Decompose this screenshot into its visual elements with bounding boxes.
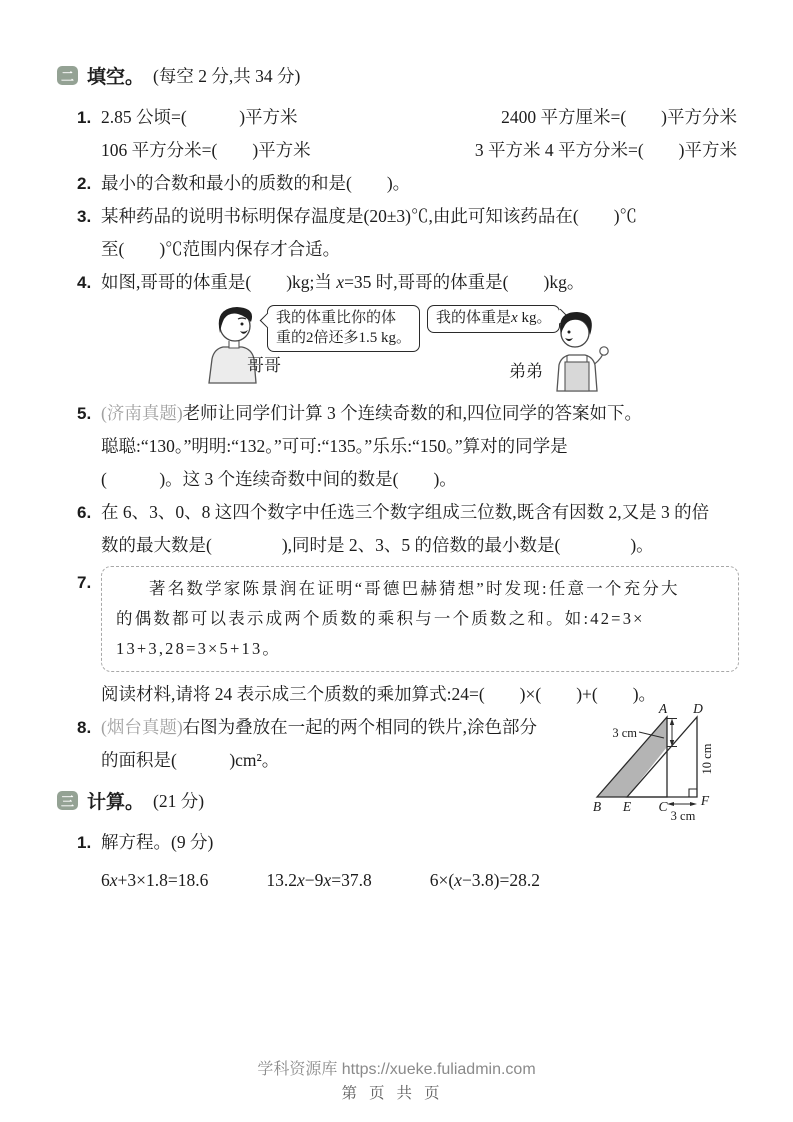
footer-source-link: 学科资源库 https://xueke.fuliadmin.com — [0, 1056, 793, 1079]
question-3-line-1: 某种药品的说明书标明保存温度是(20±3)℃,由此可知该药品在( )℃ — [101, 200, 739, 233]
section-calc-title: 计算。 — [87, 787, 144, 814]
older-brother-speech-bubble: 我的体重比你的体 重的2倍还多1.5 kg。 — [267, 305, 420, 352]
q7-box-line-1: 著名数学家陈景润在证明“哥德巴赫猜想”时发现:任意一个充分大 — [116, 574, 724, 604]
section-fill-header: 二 填空。 (每空 2 分,共 34 分) — [57, 62, 739, 88]
vertex-c-label: C — [658, 799, 668, 814]
question-1-line-1: 2.85 公顷=( )平方米 2400 平方厘米=( )平方分米 — [101, 101, 739, 134]
section-calc-score: (21 分) — [153, 788, 204, 813]
dim-right-label: 10 cm — [700, 743, 714, 774]
section-two-icon: 二 — [57, 66, 78, 85]
question-2: 2. 最小的合数和最小的质数的和是( )。 — [57, 167, 739, 200]
question-5-line-2: 聪聪:“130。”明明:“132。”可可:“135。”乐乐:“150。”算对的同… — [101, 430, 739, 463]
question-5-source-tag: (济南真题) — [101, 403, 183, 423]
equation-3: 6×(x−3.8)=28.2 — [430, 864, 540, 897]
question-4: 4. 如图,哥哥的体重是( )kg;当 x=35 时,哥哥的体重是( )kg。 — [57, 266, 739, 299]
bubble-younger-text: 我的体重是x kg。 — [436, 310, 551, 326]
question-4-number: 4. — [77, 266, 91, 299]
q1-conversion-d: 3 平方米 4 平方分米=( )平方米 — [475, 134, 737, 167]
section-three-icon: 三 — [57, 791, 78, 810]
section-fill-title: 填空。 — [87, 62, 144, 89]
question-2-number: 2. — [77, 167, 91, 200]
calc-subquestion-1: 1. 解方程。(9 分) — [57, 826, 739, 859]
equation-2: 13.2x−9x=37.8 — [266, 864, 371, 897]
question-5-text: 老师让同学们计算 3 个连续奇数的和,四位同学的答案如下。 — [183, 403, 642, 423]
question-4-text: 如图,哥哥的体重是( )kg;当 x=35 时,哥哥的体重是( )kg。 — [101, 266, 739, 299]
younger-brother-speech-bubble: 我的体重是x kg。 — [427, 305, 560, 333]
older-brother-label: 哥哥 — [247, 351, 281, 376]
calc-subquestion-1-number: 1. — [77, 826, 91, 859]
q7-box-line-3: 13+3,28=3×5+13。 — [116, 634, 724, 664]
dim-bottom-label: 3 cm — [671, 809, 696, 823]
question-2-text: 最小的合数和最小的质数的和是( )。 — [101, 167, 739, 200]
question-5: 5. (济南真题)老师让同学们计算 3 个连续奇数的和,四位同学的答案如下。 聪… — [57, 397, 739, 496]
question-6-line-2: 数的最大数是( ),同时是 2、3、5 的倍数的最小数是( )。 — [101, 529, 739, 562]
question-5-number: 5. — [77, 397, 91, 430]
younger-brother-drawing — [545, 305, 611, 393]
vertex-a-label: A — [658, 703, 668, 716]
question-7-material-box: 著名数学家陈景润在证明“哥德巴赫猜想”时发现:任意一个充分大 的偶数都可以表示成… — [101, 566, 739, 672]
vertex-d-label: D — [692, 703, 703, 716]
q1-conversion-a: 2.85 公顷=( )平方米 — [101, 101, 298, 134]
equation-row: 6x+3×1.8=18.6 13.2x−9x=37.8 6×(x−3.8)=28… — [57, 864, 739, 897]
bubble-older-line-2: 重的2倍还多1.5 kg。 — [276, 329, 411, 349]
question-3-line-2: 至( )℃范围内保存才合适。 — [101, 233, 739, 266]
question-4-illustration: 我的体重比你的体 重的2倍还多1.5 kg。 我的体重是x kg。 哥哥 弟弟 — [57, 301, 739, 391]
question-8-number: 8. — [77, 711, 91, 744]
vertex-b-label: B — [593, 799, 601, 814]
worksheet-content: 二 填空。 (每空 2 分,共 34 分) 1. 2.85 公顷=( )平方米 … — [57, 62, 739, 897]
question-8-source-tag: (烟台真题) — [101, 717, 183, 737]
question-1-line-2: 106 平方分米=( )平方米 3 平方米 4 平方分米=( )平方米 — [101, 134, 739, 167]
question-6-line-1: 在 6、3、0、8 这四个数字中任选三个数字组成三位数,既含有因数 2,又是 3… — [101, 496, 739, 529]
question-5-line-1: (济南真题)老师让同学们计算 3 个连续奇数的和,四位同学的答案如下。 — [101, 397, 739, 430]
question-5-line-3: ( )。这 3 个连续奇数中间的数是( )。 — [101, 463, 739, 496]
question-8-text: 右图为叠放在一起的两个相同的铁片,涂色部分 — [183, 717, 537, 737]
footer-page-info: 第页共页 — [0, 1081, 793, 1103]
q7-box-line-2: 的偶数都可以表示成两个质数的乘积与一个质数之和。如:42=3× — [116, 604, 724, 634]
q1-conversion-b: 2400 平方厘米=( )平方分米 — [501, 101, 737, 134]
worksheet-page: 二 填空。 (每空 2 分,共 34 分) 1. 2.85 公顷=( )平方米 … — [0, 0, 793, 1122]
q1-conversion-c: 106 平方分米=( )平方米 — [101, 134, 311, 167]
younger-brother-label: 弟弟 — [509, 357, 543, 382]
section-fill-score: (每空 2 分,共 34 分) — [153, 63, 300, 88]
question-8: 8. (烟台真题)右图为叠放在一起的两个相同的铁片,涂色部分 的面积是( )cm… — [57, 711, 739, 777]
question-6: 6. 在 6、3、0、8 这四个数字中任选三个数字组成三位数,既含有因数 2,又… — [57, 496, 739, 562]
question-7: 7. 著名数学家陈景润在证明“哥德巴赫猜想”时发现:任意一个充分大 的偶数都可以… — [57, 566, 739, 711]
right-angle-marker — [689, 789, 697, 797]
bubble-older-line-1: 我的体重比你的体 — [276, 309, 411, 329]
question-1: 1. 2.85 公顷=( )平方米 2400 平方厘米=( )平方分米 106 … — [57, 101, 739, 167]
stacked-triangles-figure: 3 cm 10 cm 3 cm A D B E C F — [593, 703, 745, 827]
dim-top-label: 3 cm — [612, 726, 637, 740]
question-6-number: 6. — [77, 496, 91, 529]
question-7-number: 7. — [77, 566, 91, 599]
calc-subquestion-1-title: 解方程。(9 分) — [101, 826, 739, 859]
question-3-number: 3. — [77, 200, 91, 233]
vertex-f-label: F — [700, 793, 710, 808]
question-3: 3. 某种药品的说明书标明保存温度是(20±3)℃,由此可知该药品在( )℃ 至… — [57, 200, 739, 266]
equation-1: 6x+3×1.8=18.6 — [101, 864, 208, 897]
question-1-number: 1. — [77, 101, 91, 134]
vertex-e-label: E — [622, 799, 632, 814]
